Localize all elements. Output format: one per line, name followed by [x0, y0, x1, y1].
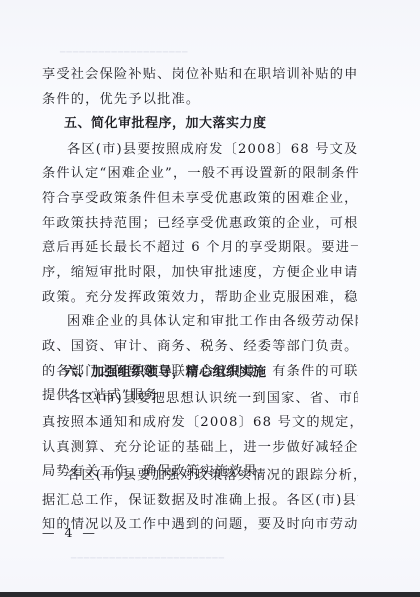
text-line: 认真测算、充分论证的基础上，进一步做好减轻企业负担稳定就业: [42, 440, 358, 456]
text-line: 政、国资、审计、商务、税务、经委等部门负责。参与认定困难企业: [42, 339, 358, 355]
text-line: 困难企业的具体认定和审批工作由各级劳动保障部门会同财: [67, 314, 358, 330]
text-line: 各区(市)县要加强对政策落实情况的跟踪分析，切实做好数: [67, 468, 358, 484]
text-line: 各区(市)县要按照成府发〔2008〕68 号文及配套文件规定的: [67, 142, 358, 158]
text-line: 各区(市)县要把思想认识统一到国家、省、市的部署上来，认: [67, 391, 358, 407]
text-line: 意后再延长最长不超过 6 个月的享受期限。要进一步简化审批程: [42, 240, 358, 256]
section-heading: 五、简化审批程序，加大落实力度: [64, 116, 267, 132]
text-line: 享受社会保险补贴、岗位补贴和在职培训补贴的申请，经审核符合: [42, 67, 358, 83]
text-line: 序，缩短审批时限，加快审批速度，方便企业申请并享受相关扶持: [42, 265, 358, 281]
text-line: 符合享受政策条件但未享受优惠政策的困难企业，应当纳入 2010: [42, 191, 358, 207]
show-through-text: ────────────────────: [60, 48, 188, 58]
text-line: 真按照本通知和成府发〔2008〕68 号文的规定，结合当地实际，在: [42, 415, 358, 431]
text-line: 条件认定“困难企业”，一般不再设置新的限制条件。在 2009 年内: [42, 166, 358, 182]
document-page: ──────────────────── ───────────────────…: [0, 0, 420, 592]
text-line: 据汇总工作，保证数据及时准确上报。各区(市)县贯彻落实本通: [42, 493, 358, 509]
section-heading: 六、加强组织领导，精心组织实施: [64, 365, 267, 381]
scan-edge: [0, 592, 420, 597]
page-number: — 4 —: [42, 525, 98, 540]
show-through-text: ────────────────────────: [70, 554, 224, 564]
text-line: 年政策扶持范围；已经享受优惠政策的企业，可根据需要经审批同: [42, 216, 358, 232]
text-line: 政策。充分发挥政策效力，帮助企业克服困难，稳定就业岗位。: [42, 290, 358, 306]
text-line: 条件的，优先予以批准。: [42, 92, 358, 108]
